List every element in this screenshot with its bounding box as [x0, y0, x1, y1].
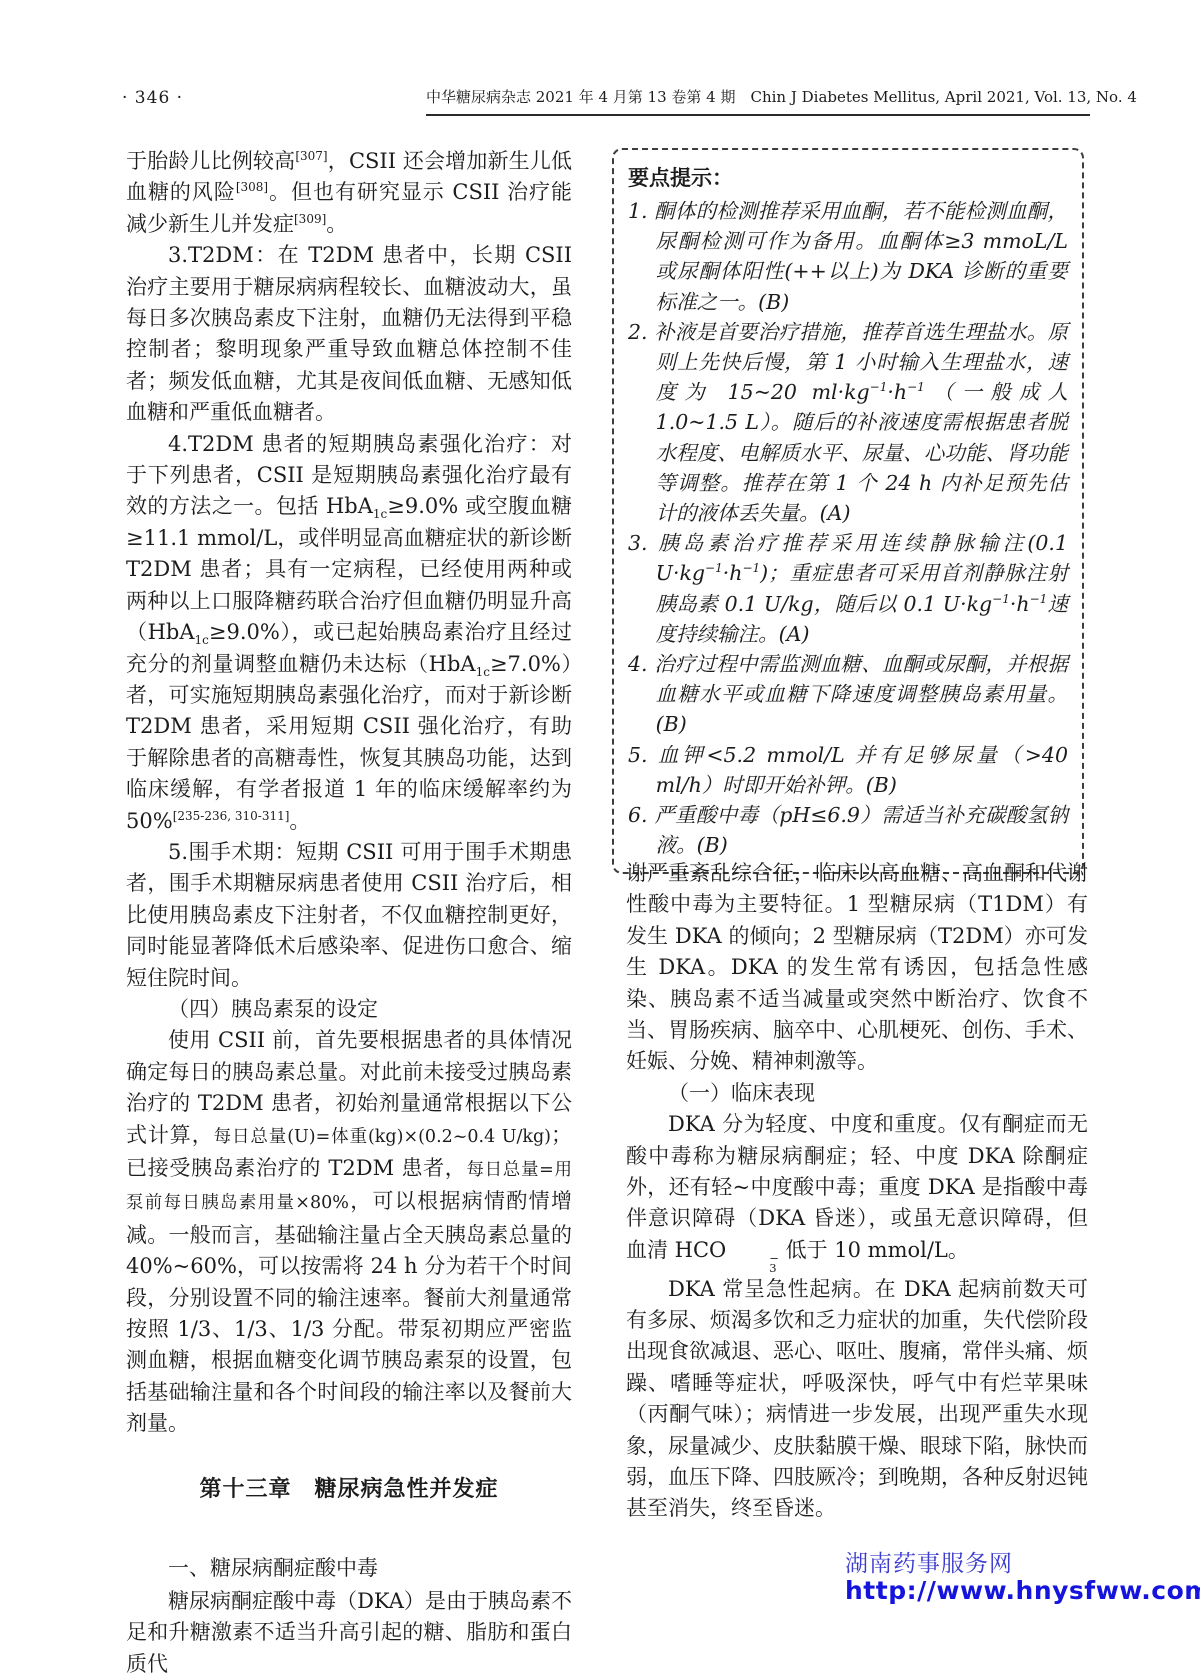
paragraph: 使用 CSII 前，首先要根据患者的具体情况确定每日的胰岛素总量。对此前未接受过…	[126, 1025, 572, 1439]
key-point-item: 1. 酮体的检测推荐采用血酮，若不能检测血酮，尿酮检测可作为备用。血酮体≥3 m…	[628, 196, 1068, 317]
key-point-item: 3. 胰岛素治疗推荐采用连续静脉输注(0.1 U·kg−1·h−1)；重症患者可…	[628, 528, 1068, 649]
paragraph: 糖尿病酮症酸中毒（DKA）是由于胰岛素不足和升糖激素不适当升高引起的糖、脂肪和蛋…	[126, 1586, 572, 1680]
key-points-box: 要点提示： 1. 酮体的检测推荐采用血酮，若不能检测血酮，尿酮检测可作为备用。血…	[612, 148, 1084, 874]
right-column: 谢严重紊乱综合征，临床以高血糖、高血酮和代谢性酸中毒为主要特征。1 型糖尿病（T…	[626, 858, 1088, 1525]
paragraph: 谢严重紊乱综合征，临床以高血糖、高血酮和代谢性酸中毒为主要特征。1 型糖尿病（T…	[626, 858, 1088, 1078]
page-number: · 346 ·	[122, 88, 183, 108]
key-point-item: 4. 治疗过程中需监测血糖、血酮或尿酮，并根据血糖水平或血糖下降速度调整胰岛素用…	[628, 649, 1068, 740]
key-points-list: 1. 酮体的检测推荐采用血酮，若不能检测血酮，尿酮检测可作为备用。血酮体≥3 m…	[628, 196, 1068, 860]
paragraph: DKA 常呈急性起病。在 DKA 起病前数天可有多尿、烦渴多饮和乏力症状的加重，…	[626, 1274, 1088, 1525]
key-point-item: 6. 严重酸中毒（pH≤6.9）需适当补充碳酸氢钠液。(B)	[628, 800, 1068, 860]
paragraph: DKA 分为轻度、中度和重度。仅有酮症而无酸中毒称为糖尿病酮症；轻、中度 DKA…	[626, 1109, 1088, 1273]
paragraph: （四）胰岛素泵的设定	[126, 994, 572, 1025]
key-point-item: 5. 血钾<5.2 mmol/L 并有足够尿量（>40 ml/h）时即开始补钾。…	[628, 740, 1068, 800]
watermark-site-name: 湖南药事服务网	[845, 1552, 1200, 1577]
paragraph: 5.围手术期：短期 CSII 可用于围手术期患者，围手术期糖尿病患者使用 CSI…	[126, 837, 572, 994]
paragraph: 于胎龄儿比例较高[307]，CSII 还会增加新生儿低血糖的风险[308]。但也…	[126, 146, 572, 240]
key-point-item: 2. 补液是首要治疗措施，推荐首选生理盐水。原则上先快后慢，第 1 小时输入生理…	[628, 317, 1068, 528]
paragraph: 3.T2DM：在 T2DM 患者中，长期 CSII 治疗主要用于糖尿病病程较长、…	[126, 240, 572, 428]
journal-page: { "header": { "page_number": "· 346 ·", …	[0, 0, 1200, 1616]
watermark: 湖南药事服务网 http://www.hnysfww.com/	[845, 1552, 1200, 1604]
left-column: 于胎龄儿比例较高[307]，CSII 还会增加新生儿低血糖的风险[308]。但也…	[126, 146, 572, 1680]
watermark-url: http://www.hnysfww.com/	[845, 1577, 1200, 1604]
paragraph: （一）临床表现	[626, 1078, 1088, 1109]
paragraph: 4.T2DM 患者的短期胰岛素强化治疗：对于下列患者，CSII 是短期胰岛素强化…	[126, 429, 572, 837]
chapter-heading: 第十三章 糖尿病急性并发症	[126, 1472, 572, 1503]
sub-super-stack: −3	[727, 1254, 779, 1274]
section-heading: 一、糖尿病酮症酸中毒	[126, 1553, 572, 1584]
journal-header-line: 中华糖尿病杂志 2021 年 4 月第 13 卷第 4 期 Chin J Dia…	[426, 86, 1090, 116]
key-points-title: 要点提示：	[628, 162, 1068, 192]
